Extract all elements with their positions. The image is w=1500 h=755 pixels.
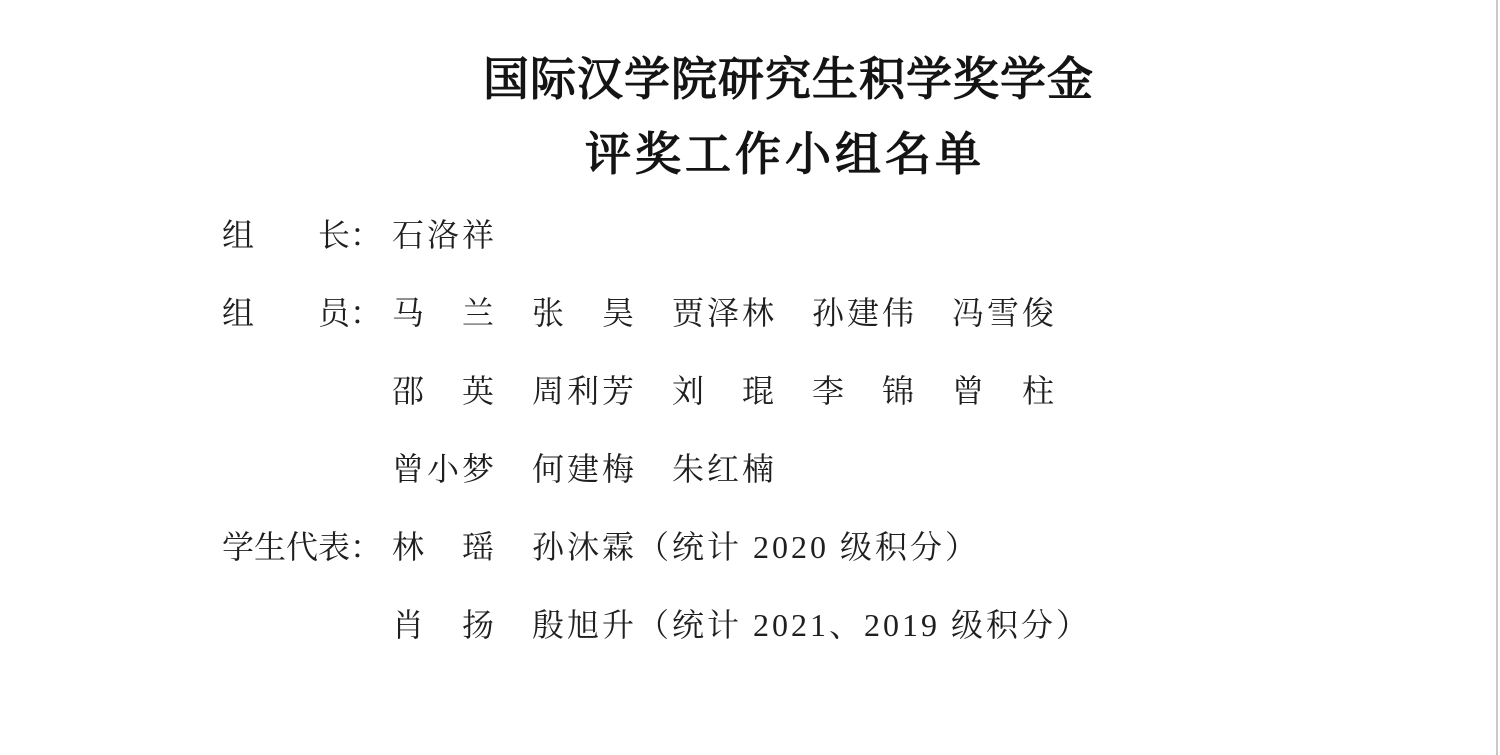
document-page: 国际汉学院研究生积学奖学金 评奖工作小组名单 组 长：石洛祥组 员：马 兰 张 … <box>0 0 1500 755</box>
roster-row: 组 员：马 兰 张 昊 贾泽林 孙建伟 冯雪俊 <box>222 292 1460 370</box>
roster-row: 曾小梦 何建梅 朱红楠 <box>222 448 1460 526</box>
row-names: 石洛祥 <box>392 214 497 256</box>
row-names: 肖 扬 殷旭升（统计 2021、2019 级积分） <box>392 604 1091 646</box>
row-label: 组 员： <box>222 292 392 334</box>
roster-list: 组 长：石洛祥组 员：马 兰 张 昊 贾泽林 孙建伟 冯雪俊邵 英 周利芳 刘 … <box>222 214 1460 682</box>
row-names: 邵 英 周利芳 刘 琨 李 锦 曾 柱 <box>392 370 1057 412</box>
roster-row: 肖 扬 殷旭升（统计 2021、2019 级积分） <box>222 604 1460 682</box>
document-title-line2: 评奖工作小组名单 <box>585 130 985 180</box>
roster-row: 组 长：石洛祥 <box>222 214 1460 292</box>
roster-row: 邵 英 周利芳 刘 琨 李 锦 曾 柱 <box>222 370 1460 448</box>
roster-row: 学生代表：林 瑶 孙沐霖（统计 2020 级积分） <box>222 526 1460 604</box>
row-label: 组 长： <box>222 214 392 256</box>
row-names: 马 兰 张 昊 贾泽林 孙建伟 冯雪俊 <box>392 292 1057 334</box>
row-names: 林 瑶 孙沐霖（统计 2020 级积分） <box>392 526 980 568</box>
row-names: 曾小梦 何建梅 朱红楠 <box>392 448 777 490</box>
page-right-edge-line <box>1496 0 1498 755</box>
row-label: 学生代表： <box>222 526 392 568</box>
document-title-line1: 国际汉学院研究生积学奖学金 <box>483 55 1094 105</box>
